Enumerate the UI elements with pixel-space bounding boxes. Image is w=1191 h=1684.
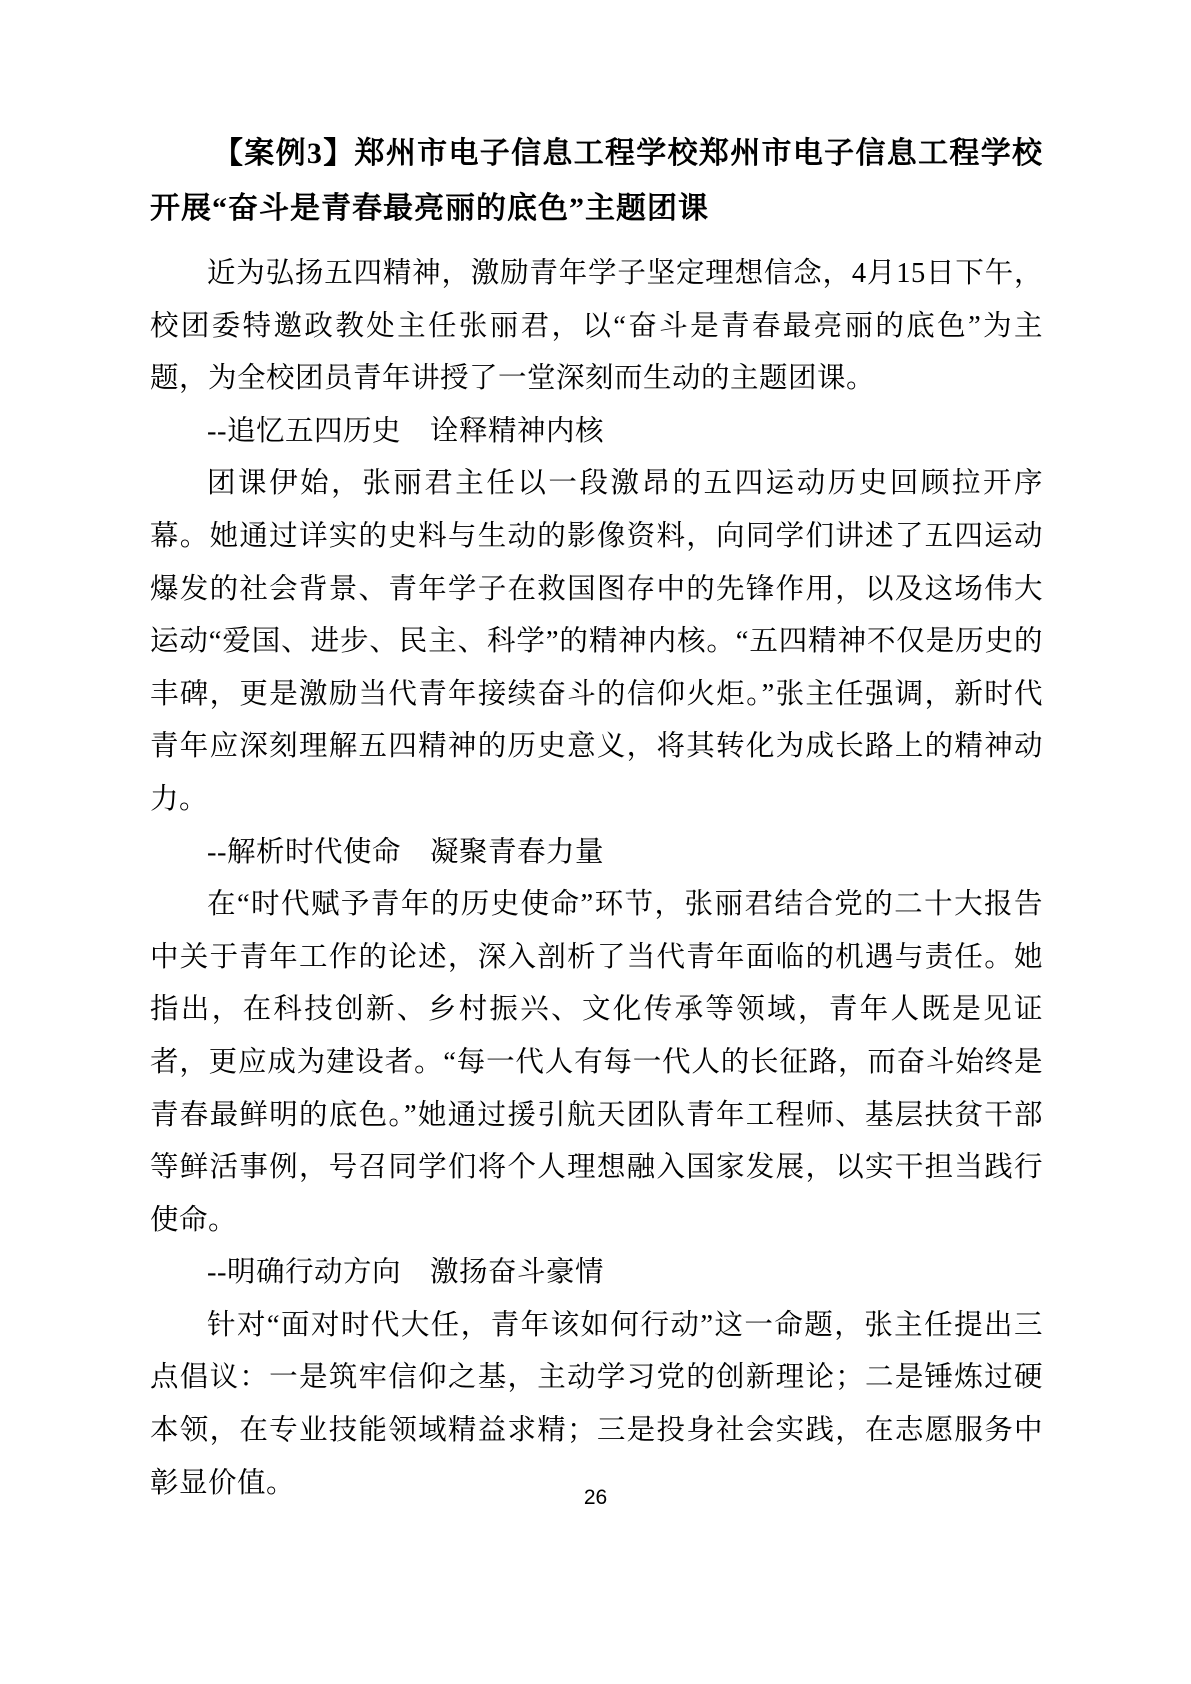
case-title: 【案例3】郑州市电子信息工程学校郑州市电子信息工程学校开展“奋斗是青春最亮丽的底…	[150, 126, 1043, 236]
document-page: 【案例3】郑州市电子信息工程学校郑州市电子信息工程学校开展“奋斗是青春最亮丽的底…	[0, 0, 1191, 1684]
section-heading-action: --明确行动方向 激扬奋斗豪情	[150, 1247, 1043, 1300]
intro-paragraph: 近为弘扬五四精神，激励青年学子坚定理想信念，4月15日下午，校团委特邀政教处主任…	[150, 248, 1043, 406]
page-number: 26	[0, 1486, 1191, 1510]
section-body-mission: 在“时代赋予青年的历史使命”环节，张丽君结合党的二十大报告中关于青年工作的论述，…	[150, 879, 1043, 1247]
section-body-history: 团课伊始，张丽君主任以一段激昂的五四运动历史回顾拉开序幕。她通过详实的史料与生动…	[150, 458, 1043, 826]
section-body-action: 针对“面对时代大任，青年该如何行动”这一命题，张主任提出三点倡议：一是筑牢信仰之…	[150, 1300, 1043, 1510]
section-heading-history: --追忆五四历史 诠释精神内核	[150, 406, 1043, 459]
section-heading-mission: --解析时代使命 凝聚青春力量	[150, 827, 1043, 880]
document-content: 【案例3】郑州市电子信息工程学校郑州市电子信息工程学校开展“奋斗是青春最亮丽的底…	[150, 126, 1043, 1510]
